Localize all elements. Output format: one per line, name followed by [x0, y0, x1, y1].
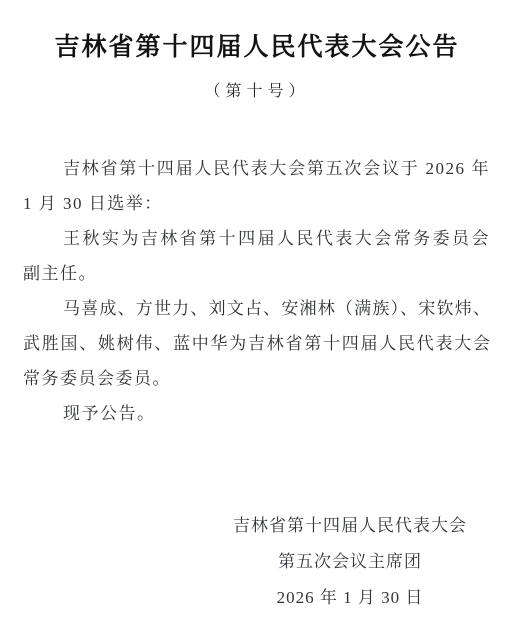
- document-body: 吉林省第十四届人民代表大会第五次会议于 2026 年 1 月 30 日选举： 王…: [23, 151, 490, 431]
- announcement-document: 吉林省第十四届人民代表大会公告 （第十号） 吉林省第十四届人民代表大会第五次会议…: [0, 0, 514, 635]
- body-line: 常务委员会委员。: [23, 361, 490, 396]
- body-line: 1 月 30 日选举：: [23, 186, 490, 221]
- signature-organization: 吉林省第十四届人民代表大会: [230, 508, 470, 544]
- body-line: 王秋实为吉林省第十四届人民代表大会常务委员会: [23, 221, 490, 256]
- body-line: 马喜成、方世力、刘文占、安湘林（满族）、宋钦炜、: [23, 291, 490, 326]
- body-line: 吉林省第十四届人民代表大会第五次会议于 2026 年: [23, 151, 490, 186]
- issue-number: （第十号）: [0, 80, 514, 103]
- signature-date: 2026 年 1 月 30 日: [230, 580, 470, 616]
- signature-block: 吉林省第十四届人民代表大会 第五次会议主席团 2026 年 1 月 30 日: [230, 508, 470, 616]
- body-line: 现予公告。: [23, 396, 490, 431]
- signature-session: 第五次会议主席团: [230, 544, 470, 580]
- body-line: 武胜国、姚树伟、蓝中华为吉林省第十四届人民代表大会: [23, 326, 490, 361]
- document-title: 吉林省第十四届人民代表大会公告: [20, 32, 494, 63]
- body-line: 副主任。: [23, 256, 490, 291]
